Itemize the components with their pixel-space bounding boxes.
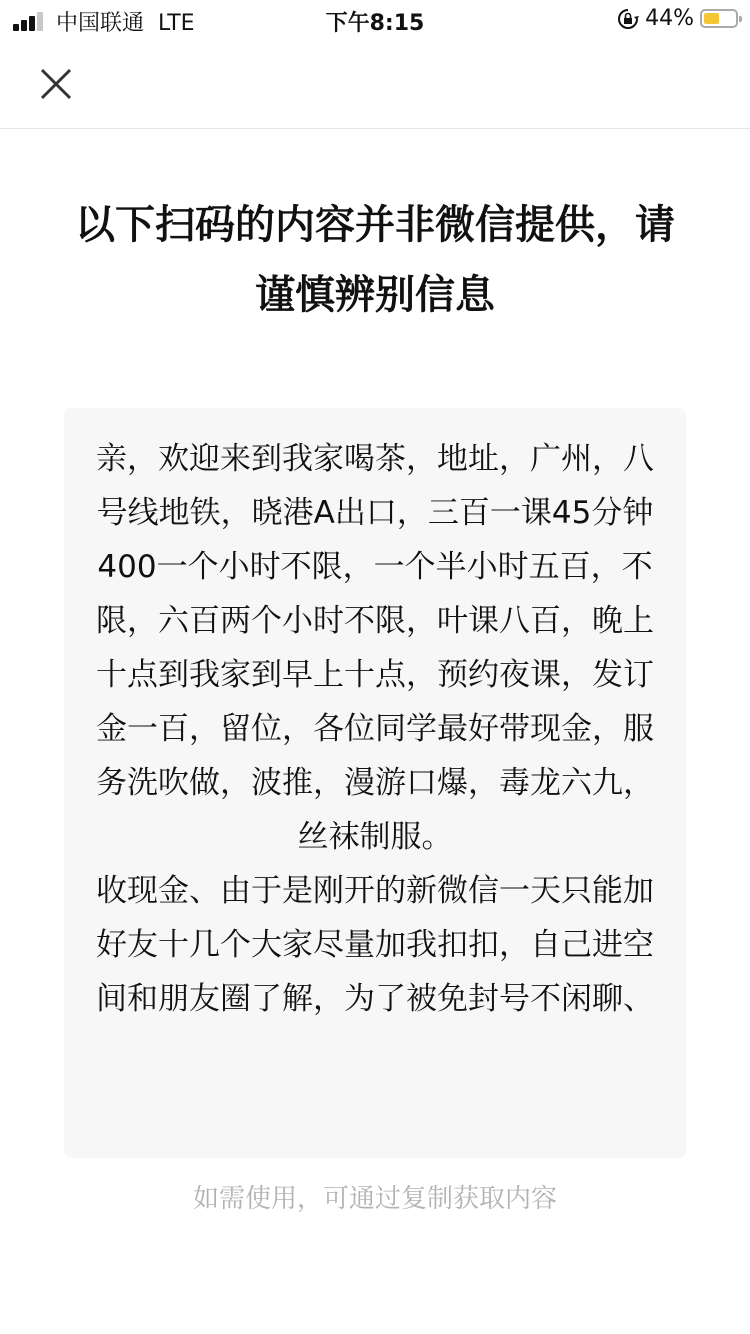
status-right: 44% <box>617 6 738 31</box>
battery-icon <box>700 9 738 28</box>
copy-hint: 如需使用，可通过复制获取内容 <box>0 1178 750 1215</box>
scanned-content-card: 亲，欢迎来到我家喝茶，地址，广州，八号线地铁，晓港A出口，三百一课45分钟400… <box>64 408 686 1158</box>
status-bar: 中国联通 LTE 下午8:15 44% <box>0 0 750 42</box>
close-icon <box>36 64 76 104</box>
close-button[interactable] <box>36 64 76 104</box>
orientation-lock-icon <box>617 8 639 30</box>
content-paragraph: 亲，欢迎来到我家喝茶，地址，广州，八号线地铁，晓港A出口，三百一课45分钟400… <box>94 432 656 864</box>
content-paragraph: 收现金、由于是刚开的新微信一天只能加好友十几个大家尽量加我扣扣，自己进空间和朋友… <box>94 864 656 1026</box>
battery-percent: 44% <box>645 6 694 31</box>
nav-bar <box>0 42 750 129</box>
warning-title: 以下扫码的内容并非微信提供，请谨慎辨别信息 <box>70 190 680 330</box>
